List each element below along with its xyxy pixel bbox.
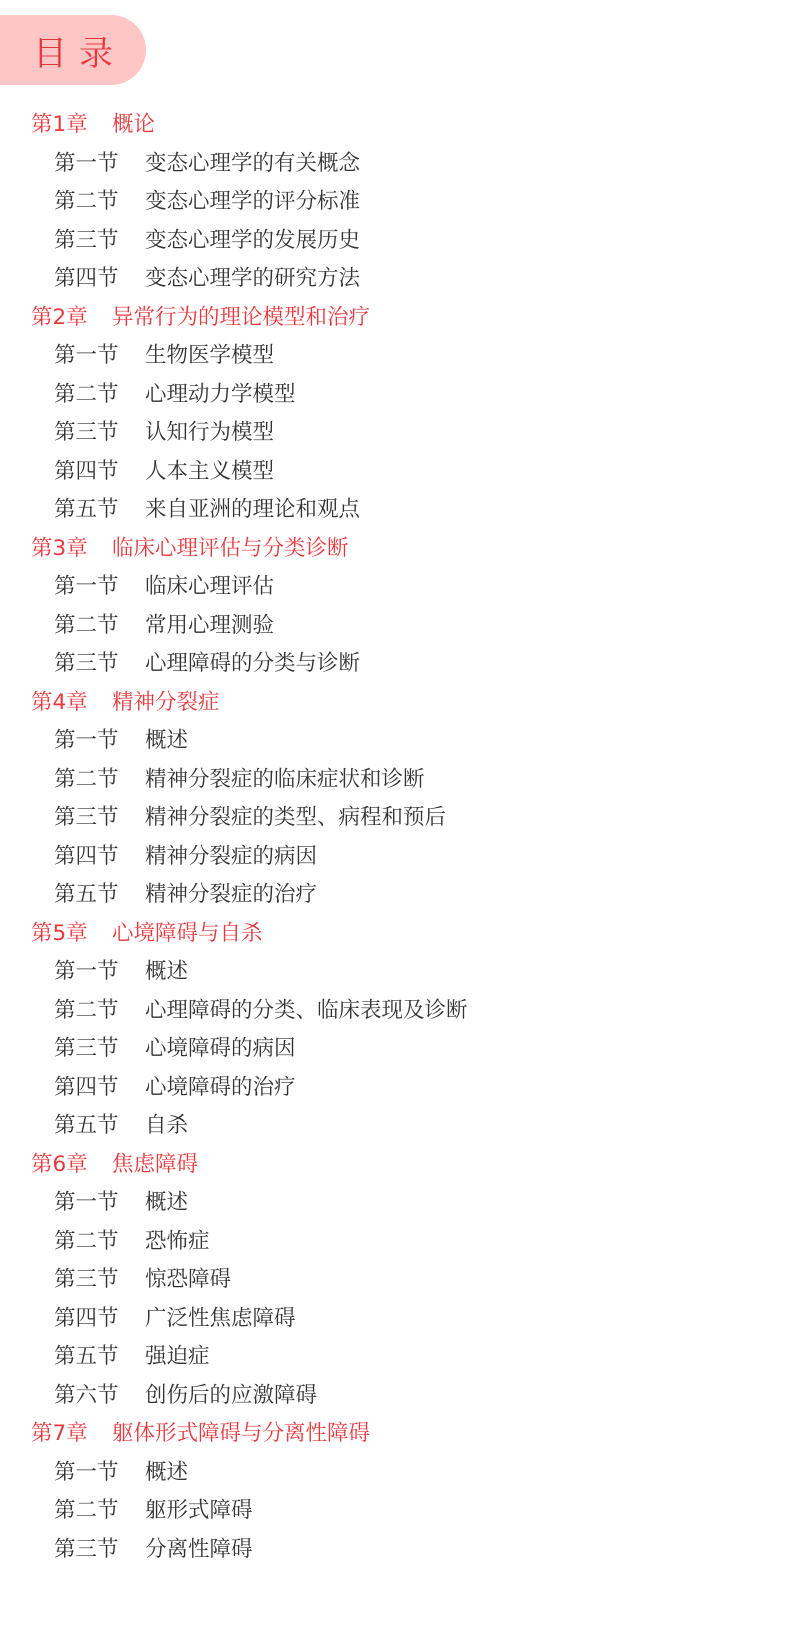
section-number: 第二节 — [54, 1223, 145, 1262]
toc-section[interactable]: 第二节恐怖症 — [0, 1223, 790, 1262]
section-title: 认知行为模型 — [145, 414, 274, 453]
section-title: 生物医学模型 — [145, 337, 274, 376]
toc-section[interactable]: 第四节广泛性焦虑障碍 — [0, 1300, 790, 1339]
section-number: 第五节 — [54, 491, 145, 530]
section-title: 精神分裂症的治疗 — [145, 876, 317, 915]
toc-section[interactable]: 第一节概述 — [0, 953, 790, 992]
toc-section[interactable]: 第四节人本主义模型 — [0, 453, 790, 492]
chapter-title: 心境障碍与自杀 — [112, 915, 263, 954]
toc-section[interactable]: 第四节精神分裂症的病因 — [0, 838, 790, 877]
section-number: 第三节 — [54, 414, 145, 453]
section-number: 第二节 — [54, 761, 145, 800]
section-title: 变态心理学的有关概念 — [145, 145, 360, 184]
toc-chapter[interactable]: 第3章临床心理评估与分类诊断 — [0, 530, 790, 569]
section-number: 第三节 — [54, 1261, 145, 1300]
chapter-number: 第1章 — [31, 106, 112, 145]
section-number: 第三节 — [54, 222, 145, 261]
toc-chapter[interactable]: 第1章概论 — [0, 106, 790, 145]
section-title: 心境障碍的治疗 — [145, 1069, 296, 1108]
section-number: 第一节 — [54, 337, 145, 376]
toc-title-badge: 目录 — [0, 15, 146, 85]
toc-chapter[interactable]: 第5章心境障碍与自杀 — [0, 915, 790, 954]
section-title: 精神分裂症的病因 — [145, 838, 317, 877]
toc-section[interactable]: 第二节心理动力学模型 — [0, 376, 790, 415]
toc-title: 目录 — [33, 26, 125, 75]
chapter-title: 概论 — [112, 106, 155, 145]
section-title: 自杀 — [145, 1107, 188, 1146]
chapter-number: 第6章 — [31, 1146, 112, 1185]
section-number: 第二节 — [54, 183, 145, 222]
toc-chapter[interactable]: 第6章焦虑障碍 — [0, 1146, 790, 1185]
section-title: 强迫症 — [145, 1338, 210, 1377]
section-title: 概述 — [145, 1184, 188, 1223]
section-number: 第一节 — [54, 953, 145, 992]
section-title: 精神分裂症的临床症状和诊断 — [145, 761, 425, 800]
section-number: 第五节 — [54, 876, 145, 915]
section-number: 第四节 — [54, 838, 145, 877]
chapter-title: 临床心理评估与分类诊断 — [112, 530, 349, 569]
section-number: 第三节 — [54, 1030, 145, 1069]
section-title: 分离性障碍 — [145, 1531, 253, 1570]
section-title: 精神分裂症的类型、病程和预后 — [145, 799, 446, 838]
section-title: 恐怖症 — [145, 1223, 210, 1262]
chapter-title: 异常行为的理论模型和治疗 — [112, 299, 370, 338]
section-number: 第四节 — [54, 1300, 145, 1339]
toc-section[interactable]: 第五节自杀 — [0, 1107, 790, 1146]
chapter-number: 第7章 — [31, 1415, 112, 1454]
section-title: 人本主义模型 — [145, 453, 274, 492]
section-number: 第四节 — [54, 1069, 145, 1108]
toc-section[interactable]: 第三节分离性障碍 — [0, 1531, 790, 1570]
section-number: 第一节 — [54, 722, 145, 761]
section-number: 第五节 — [54, 1338, 145, 1377]
section-number: 第五节 — [54, 1107, 145, 1146]
section-number: 第三节 — [54, 1531, 145, 1570]
toc-section[interactable]: 第一节生物医学模型 — [0, 337, 790, 376]
section-title: 概述 — [145, 1454, 188, 1493]
section-title: 创伤后的应激障碍 — [145, 1377, 317, 1416]
section-title: 广泛性焦虑障碍 — [145, 1300, 296, 1339]
toc-section[interactable]: 第一节概述 — [0, 722, 790, 761]
toc-section[interactable]: 第四节变态心理学的研究方法 — [0, 260, 790, 299]
toc-chapter[interactable]: 第7章躯体形式障碍与分离性障碍 — [0, 1415, 790, 1454]
section-number: 第二节 — [54, 376, 145, 415]
toc-section[interactable]: 第三节变态心理学的发展历史 — [0, 222, 790, 261]
toc-section[interactable]: 第三节认知行为模型 — [0, 414, 790, 453]
chapter-title: 躯体形式障碍与分离性障碍 — [112, 1415, 370, 1454]
section-title: 惊恐障碍 — [145, 1261, 231, 1300]
section-number: 第二节 — [54, 992, 145, 1031]
toc-section[interactable]: 第三节心理障碍的分类与诊断 — [0, 645, 790, 684]
toc-section[interactable]: 第五节精神分裂症的治疗 — [0, 876, 790, 915]
toc-section[interactable]: 第三节心境障碍的病因 — [0, 1030, 790, 1069]
section-title: 概述 — [145, 722, 188, 761]
toc-section[interactable]: 第四节心境障碍的治疗 — [0, 1069, 790, 1108]
section-title: 临床心理评估 — [145, 568, 274, 607]
chapter-title: 焦虑障碍 — [112, 1146, 198, 1185]
section-title: 常用心理测验 — [145, 607, 274, 646]
section-title: 心理障碍的分类、临床表现及诊断 — [145, 992, 468, 1031]
section-number: 第一节 — [54, 1184, 145, 1223]
toc-section[interactable]: 第一节临床心理评估 — [0, 568, 790, 607]
toc-section[interactable]: 第三节精神分裂症的类型、病程和预后 — [0, 799, 790, 838]
section-title: 躯形式障碍 — [145, 1492, 253, 1531]
section-title: 概述 — [145, 953, 188, 992]
toc-chapter[interactable]: 第2章异常行为的理论模型和治疗 — [0, 299, 790, 338]
toc-section[interactable]: 第一节概述 — [0, 1454, 790, 1493]
section-title: 变态心理学的研究方法 — [145, 260, 360, 299]
toc-section[interactable]: 第五节来自亚洲的理论和观点 — [0, 491, 790, 530]
toc-section[interactable]: 第五节强迫症 — [0, 1338, 790, 1377]
section-title: 心境障碍的病因 — [145, 1030, 296, 1069]
section-title: 心理动力学模型 — [145, 376, 296, 415]
section-number: 第三节 — [54, 645, 145, 684]
chapter-number: 第3章 — [31, 530, 112, 569]
toc-section[interactable]: 第三节惊恐障碍 — [0, 1261, 790, 1300]
section-title: 心理障碍的分类与诊断 — [145, 645, 360, 684]
chapter-number: 第5章 — [31, 915, 112, 954]
section-number: 第二节 — [54, 1492, 145, 1531]
section-number: 第二节 — [54, 607, 145, 646]
chapter-number: 第2章 — [31, 299, 112, 338]
table-of-contents: 第1章概论第一节变态心理学的有关概念第二节变态心理学的评分标准第三节变态心理学的… — [0, 106, 790, 1569]
section-number: 第一节 — [54, 145, 145, 184]
toc-section[interactable]: 第六节创伤后的应激障碍 — [0, 1377, 790, 1416]
section-number: 第四节 — [54, 453, 145, 492]
toc-section[interactable]: 第一节概述 — [0, 1184, 790, 1223]
toc-section[interactable]: 第二节常用心理测验 — [0, 607, 790, 646]
chapter-title: 精神分裂症 — [112, 684, 220, 723]
toc-section[interactable]: 第二节心理障碍的分类、临床表现及诊断 — [0, 992, 790, 1031]
toc-section[interactable]: 第一节变态心理学的有关概念 — [0, 145, 790, 184]
toc-section[interactable]: 第二节变态心理学的评分标准 — [0, 183, 790, 222]
toc-section[interactable]: 第二节躯形式障碍 — [0, 1492, 790, 1531]
section-number: 第一节 — [54, 1454, 145, 1493]
toc-section[interactable]: 第二节精神分裂症的临床症状和诊断 — [0, 761, 790, 800]
toc-chapter[interactable]: 第4章精神分裂症 — [0, 684, 790, 723]
section-number: 第三节 — [54, 799, 145, 838]
section-title: 来自亚洲的理论和观点 — [145, 491, 360, 530]
section-title: 变态心理学的发展历史 — [145, 222, 360, 261]
section-number: 第一节 — [54, 568, 145, 607]
section-title: 变态心理学的评分标准 — [145, 183, 360, 222]
section-number: 第六节 — [54, 1377, 145, 1416]
chapter-number: 第4章 — [31, 684, 112, 723]
section-number: 第四节 — [54, 260, 145, 299]
